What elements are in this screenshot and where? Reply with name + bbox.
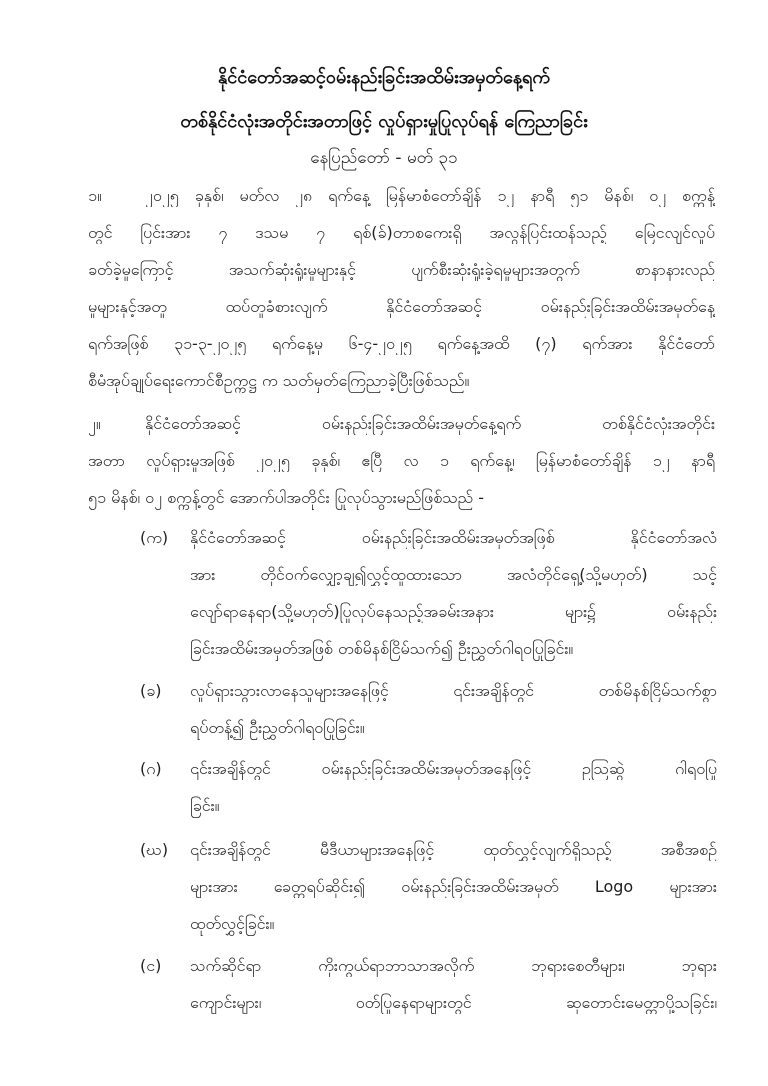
list-item-label: (င): [140, 955, 161, 977]
list-item-line: အား တိုင်ဝက်လျှော့ချ၍လွှင့်ထူထားသော အလံတ…: [190, 564, 717, 586]
document-title-line-1: နိုင်ငံတော်အဆင့်ဝမ်းနည်းခြင်းအထိမ်းအမှတ်…: [0, 66, 768, 90]
list-item-line: သက်ဆိုင်ရာ ကိုးကွယ်ရာဘာသာအလိုက် ဘုရားစေတ…: [190, 955, 717, 977]
list-item-line: လျော်ရာနေရာ(သို့မဟုတ်)ပြုလုပ်နေသည့်အခမ်း…: [190, 601, 717, 623]
dateline: နေပြည်တော် - မတ် ၃၁: [0, 146, 768, 170]
paragraph-number: ၁။: [88, 185, 102, 207]
paragraph-line: စီမံအုပ်ချုပ်ရေးကောင်စီဥက္ကဋ္ဌ က သတ်မှတ်…: [88, 370, 469, 392]
list-item-line: ၎င်းအချိန်တွင် ဝမ်းနည်းခြင်းအထိမ်းအမှတ်အ…: [190, 758, 717, 780]
paragraph-line: ၅၁ မိနစ်၊ ၀၂ စက္ကန့်တွင် အောက်ပါအတိုင်း …: [88, 487, 484, 509]
list-item-label: (ဃ): [140, 839, 168, 861]
paragraph-line: ခတ်ခဲ့မှုကြောင့် အသက်ဆုံးရှုံးမှုများနှင…: [88, 259, 715, 281]
list-item-line: ခြင်းအထိမ်းအမှတ်အဖြစ် တစ်မိနစ်ငြိမ်သက်၍ …: [190, 638, 573, 660]
list-item-line: ထုတ်လွှင့်ခြင်း။: [190, 913, 274, 935]
paragraph-number: ၂။: [88, 413, 101, 435]
document-title-line-2: တစ်နိုင်ငံလုံးအတိုင်းအတာဖြင့် လှုပ်ရှားမ…: [0, 110, 768, 134]
list-item-line: လှုပ်ရှားသွားလာနေသူများအနေဖြင့် ၎င်းအချိ…: [190, 680, 717, 702]
paragraph-line: နိုင်ငံတော်အဆင့် ဝမ်းနည်းခြင်းအထိမ်းအမှတ…: [145, 413, 715, 435]
document-page: နိုင်ငံတော်အဆင့်ဝမ်းနည်းခြင်းအထိမ်းအမှတ်…: [0, 0, 768, 1086]
list-item-line: ခြင်း။: [190, 795, 219, 817]
paragraph-line: တွင် ပြင်းအား ၇ ဒသမ ၇ ရစ်(ခ်)တာစကေးရှိ အ…: [88, 222, 715, 244]
list-item-line: များအား ခေတ္တရပ်ဆိုင်း၍ ဝမ်းနည်းခြင်းအထိ…: [190, 876, 717, 898]
list-item-label: (ဂ): [140, 758, 162, 780]
list-item-line: ရပ်တန့်၍ ဦးညွှတ်ဂါရဝပြုခြင်း။: [190, 717, 365, 739]
paragraph-line: ရက်အဖြစ် ၃၁-၃-၂၀၂၅ ရက်နေ့မှ ၆-၄-၂၀၂၅ ရက်…: [88, 333, 715, 355]
paragraph-line: ၂၀၂၅ ခုနှစ်၊ မတ်လ ၂၈ ရက်နေ့ မြန်မာစံတော်…: [145, 185, 715, 207]
list-item-label: (က): [140, 527, 168, 549]
list-item-line: နိုင်ငံတော်အဆင့် ဝမ်းနည်းခြင်းအထိမ်းအမှတ…: [190, 527, 717, 549]
list-item-label: (ခ): [140, 680, 161, 702]
list-item-line: ကျောင်းများ၊ ဝတ်ပြုနေရာများတွင် ဆုတောင်း…: [190, 992, 717, 1014]
paragraph-line: အတာ လှုပ်ရှားမှုအဖြစ် ၂၀၂၅ ခုနှစ်၊ ဧပြီ …: [88, 450, 715, 472]
paragraph-line: မှုများနှင့်အတူ ထပ်တူခံစားလျက် နိုင်ငံတေ…: [88, 296, 715, 318]
list-item-line: ၎င်းအချိန်တွင် မီဒီယာများအနေဖြင့် ထုတ်လွ…: [190, 839, 717, 861]
